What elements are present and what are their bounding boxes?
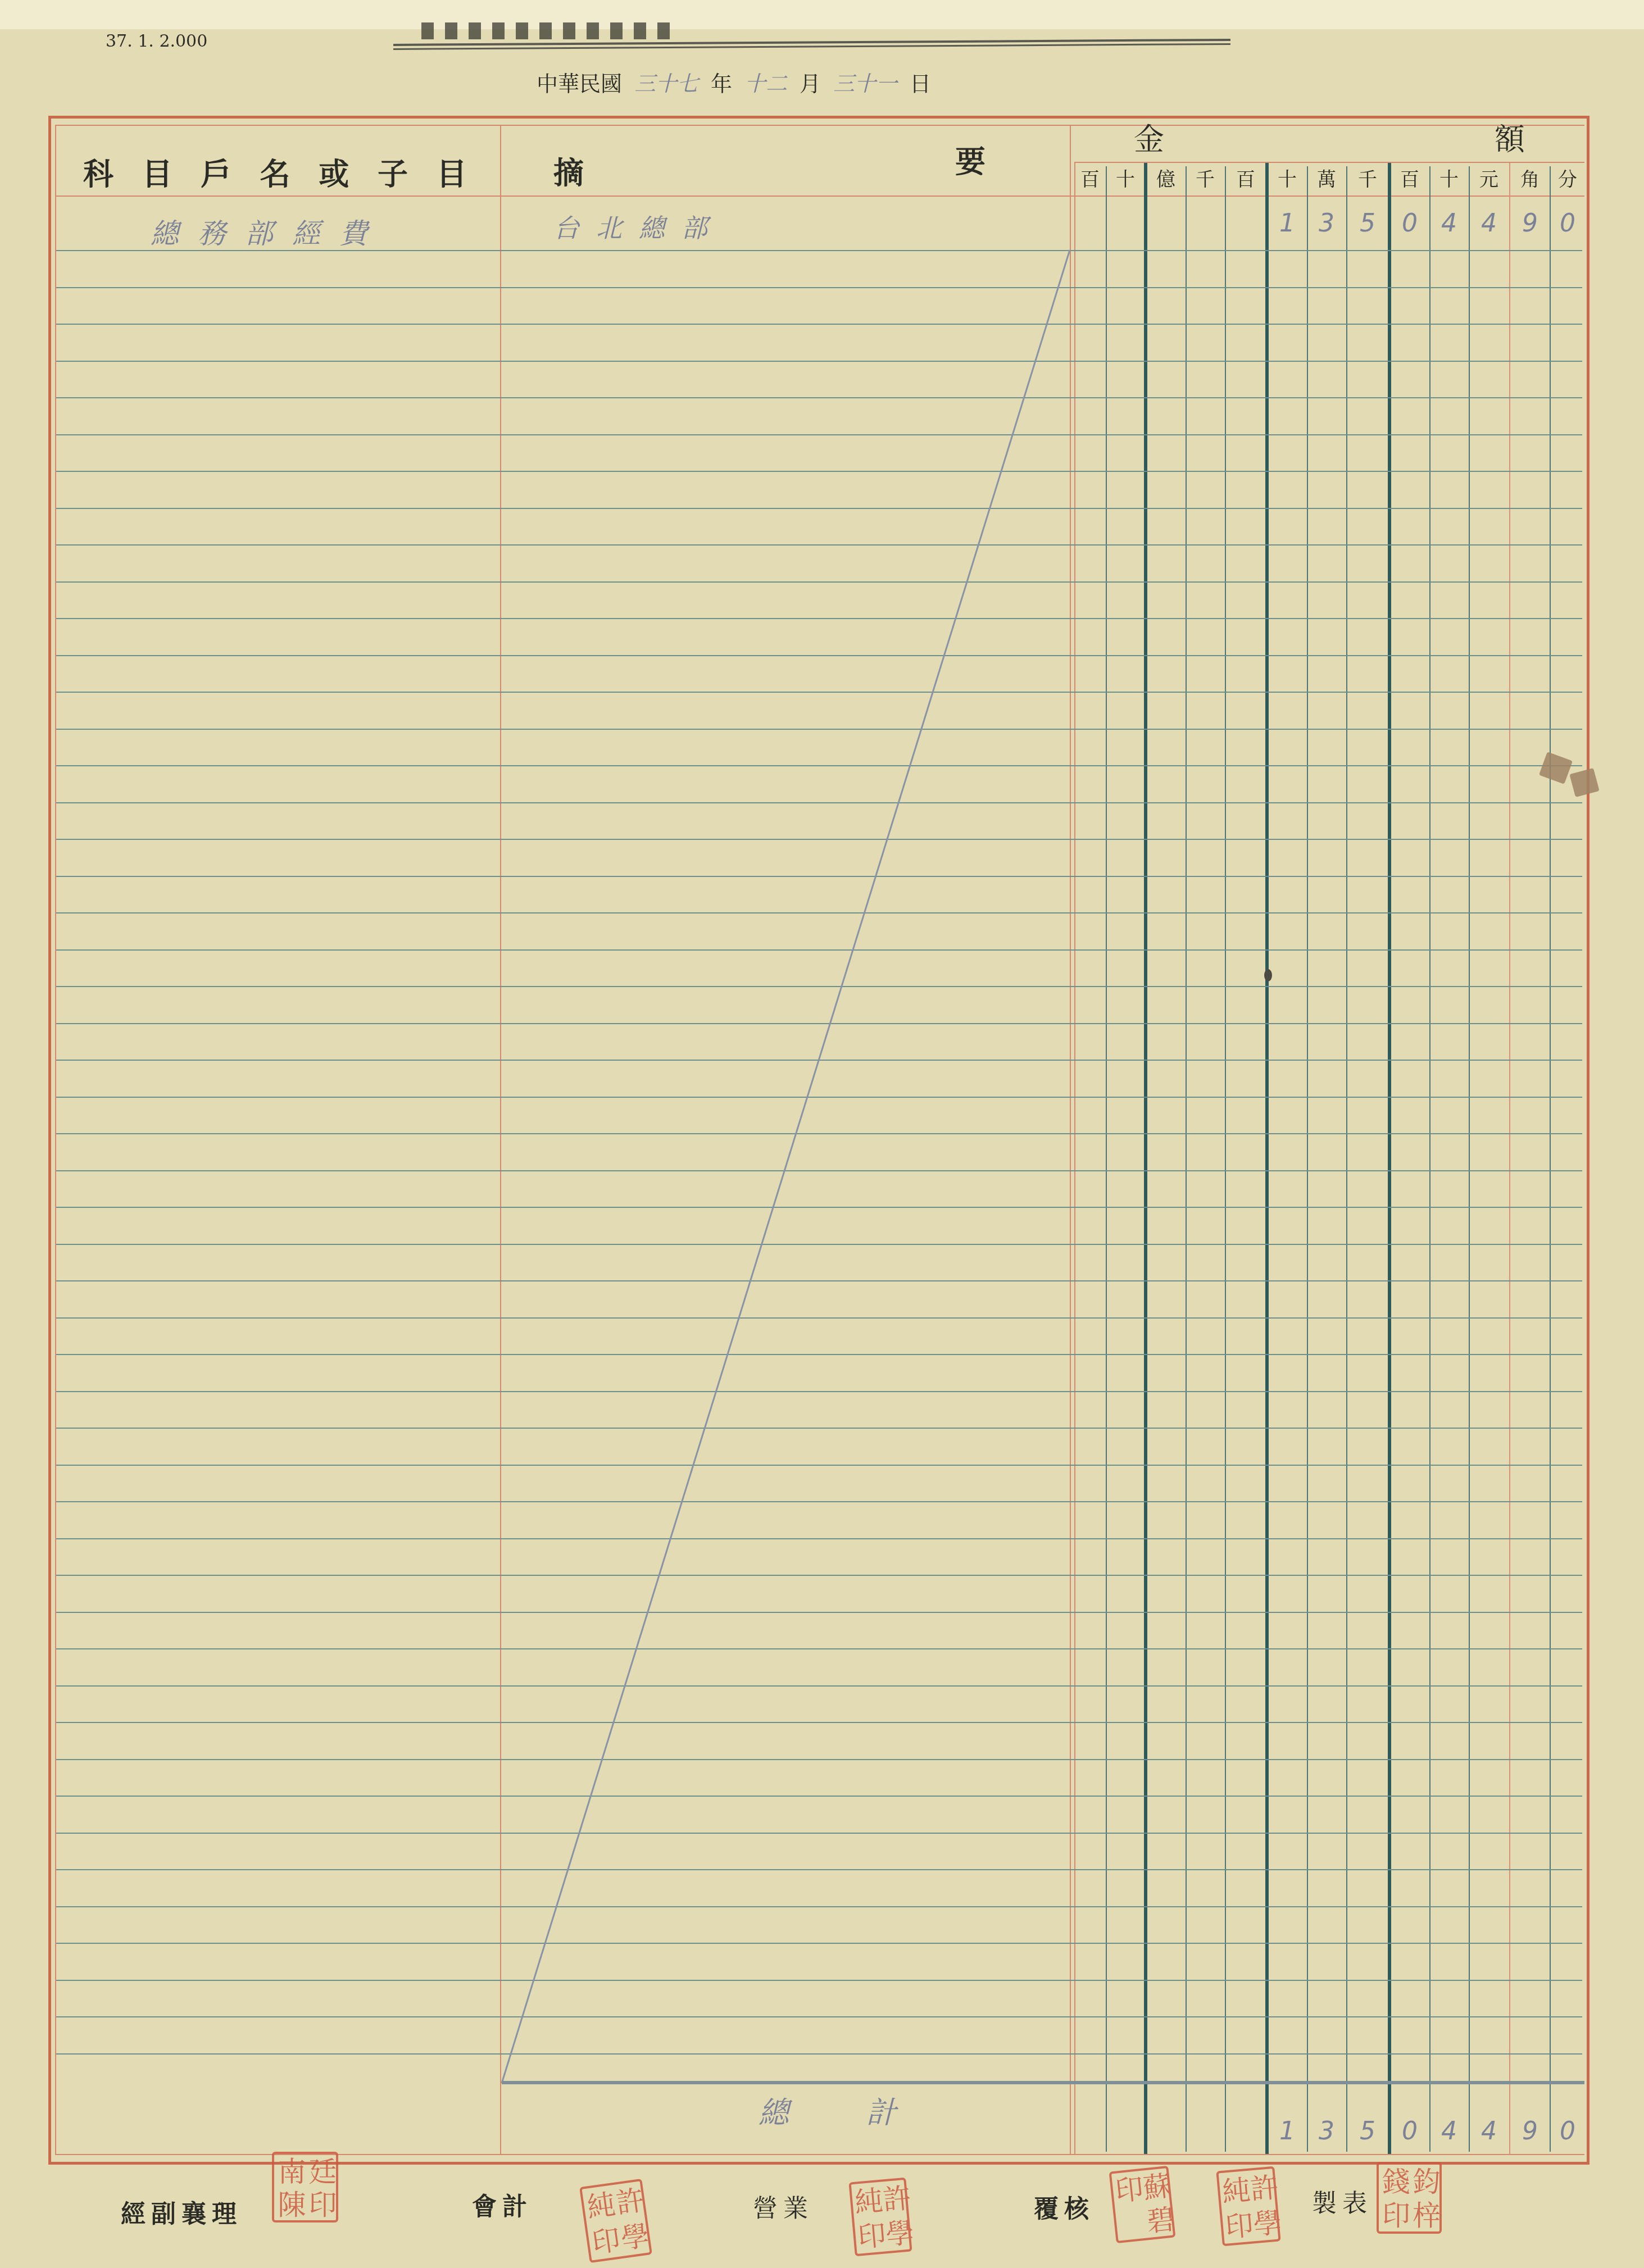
seal-prepared: 錢鈞 印梓 xyxy=(1377,2162,1442,2234)
seal-accounting: 純許 印學 xyxy=(579,2179,652,2263)
amount-digit: 0 xyxy=(1390,2117,1429,2146)
signature-label-prepared: 製表 xyxy=(1312,2183,1373,2219)
cancel-diagonal-line xyxy=(0,0,1644,2268)
amount-digit: 5 xyxy=(1346,2117,1389,2146)
seal-business: 純許 印學 xyxy=(848,2178,912,2256)
signature-label-business: 營業 xyxy=(753,2188,814,2224)
amount-digit: 1 xyxy=(1268,2117,1307,2146)
signature-label-manager: 經副襄理 xyxy=(121,2194,242,2230)
paper-spot xyxy=(1264,969,1272,981)
seal-review-2: 純許 印學 xyxy=(1216,2166,1280,2247)
amount-digit: 4 xyxy=(1429,2117,1469,2146)
seal-review: 印蘇 碧 xyxy=(1109,2166,1176,2243)
total-label: 總 計 xyxy=(759,2089,930,2132)
total-rule xyxy=(502,2081,1584,2084)
signature-label-review: 覆核 xyxy=(1034,2189,1095,2225)
seal-manager: 南廷 陳印 xyxy=(272,2152,338,2222)
amount-digit: 3 xyxy=(1307,2117,1346,2146)
amount-digit: 9 xyxy=(1509,2117,1551,2146)
amount-digit: 0 xyxy=(1551,2117,1584,2146)
signature-label-accounting: 會計 xyxy=(472,2187,533,2222)
amount-digit: 4 xyxy=(1469,2117,1509,2146)
